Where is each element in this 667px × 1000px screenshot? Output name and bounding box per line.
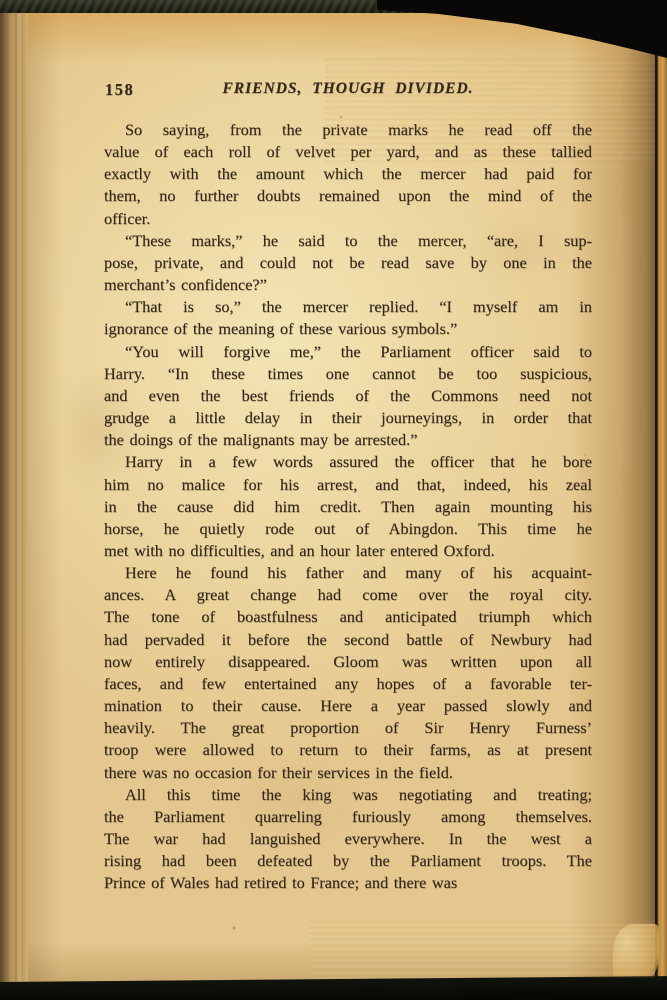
text-line: Harry in a few words assured the officer… — [104, 451, 592, 473]
text-line: The war had languished everywhere. In th… — [104, 828, 592, 850]
page-edge-right — [655, 34, 667, 984]
text-line: the doings of the malignants may be arre… — [104, 429, 592, 451]
text-line: troop were allowed to return to their fa… — [104, 739, 592, 761]
text-line: horse, he quietly rode out of Abingdon. … — [104, 518, 592, 540]
text-line: All this time the king was negotiating a… — [104, 784, 592, 806]
text-line: Here he found his father and many of his… — [104, 562, 592, 584]
text-line: “You will forgive me,” the Parliament of… — [104, 341, 592, 363]
text-line: ignorance of the meaning of these variou… — [104, 318, 592, 340]
text-line: The tone of boastfulness and anticipated… — [104, 606, 592, 628]
text-line: in the cause did him credit. Then again … — [104, 496, 592, 518]
text-line: them, no further doubts remained upon th… — [104, 185, 592, 207]
body-text: So saying, from the private marks he rea… — [104, 119, 592, 894]
text-line: officer. — [104, 208, 592, 230]
text-line: the Parliament quarreling furiously amon… — [104, 806, 592, 828]
text-line: faces, and few entertained any hopes of … — [104, 673, 592, 695]
page-header: 158 FRIENDS, THOUGH DIVIDED. — [104, 79, 592, 101]
text-line: rising had been defeated by the Parliame… — [104, 850, 592, 872]
text-line: “These marks,” he said to the mercer, “a… — [104, 230, 592, 252]
text-line: him no malice for his arrest, and that, … — [104, 474, 592, 496]
text-line: had pervaded it before the second battle… — [104, 629, 592, 651]
text-line: exactly with the amount which the mercer… — [104, 163, 592, 185]
text-line: Prince of Wales had retired to France; a… — [104, 872, 592, 894]
text-line: and even the best friends of the Commons… — [104, 385, 592, 407]
text-line: “That is so,” the mercer replied. “I mys… — [104, 296, 592, 318]
text-line: pose, private, and could not be read sav… — [104, 252, 592, 274]
text-line: there was no occasion for their services… — [104, 762, 592, 784]
text-line: value of each roll of velvet per yard, a… — [104, 141, 592, 163]
text-line: merchant’s confidence?” — [104, 274, 592, 296]
text-line: grudge a little delay in their journeyin… — [104, 407, 592, 429]
text-line: ances. A great change had come over the … — [104, 584, 592, 606]
text-line: now entirely disappeared. Gloom was writ… — [104, 651, 592, 673]
scanned-book-photo: { "book_page": { "page_number": "158", "… — [0, 0, 667, 1000]
running-header: FRIENDS, THOUGH DIVIDED. — [104, 79, 592, 98]
page-number: 158 — [105, 80, 134, 100]
text-line: So saying, from the private marks he rea… — [104, 119, 592, 141]
text-line: Harry. “In these times one cannot be too… — [104, 363, 592, 385]
text-line: heavily. The great proportion of Sir Hen… — [104, 717, 592, 739]
page-content: 158 FRIENDS, THOUGH DIVIDED. So saying, … — [104, 79, 592, 894]
text-line: mination to their cause. Here a year pas… — [104, 695, 592, 717]
text-line: met with no difficulties, and an hour la… — [104, 540, 592, 562]
